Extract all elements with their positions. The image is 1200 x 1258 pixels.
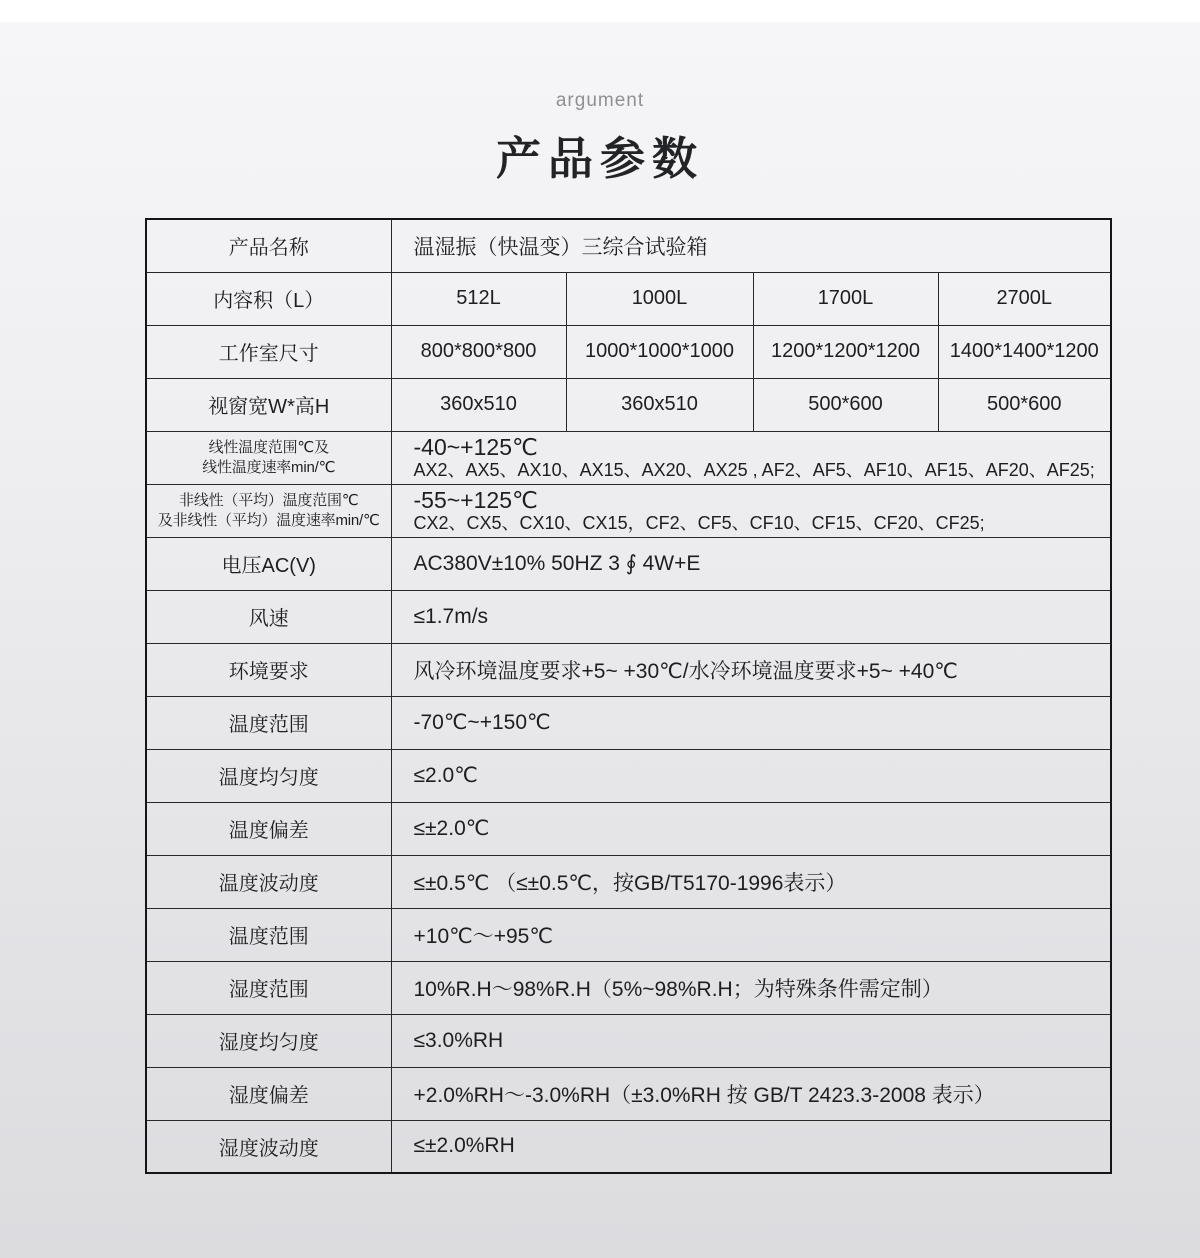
spec-cell: 1200*1200*1200 (753, 325, 938, 378)
table-row: 湿度波动度≤±2.0%RH (146, 1120, 1111, 1173)
spec-value: 温湿振（快温变）三综合试验箱 (391, 219, 1111, 272)
table-row: 环境要求风冷环境温度要求+5~ +30℃/水冷环境温度要求+5~ +40℃ (146, 643, 1111, 696)
row-label: 湿度偏差 (146, 1067, 391, 1120)
spec-value: ≤1.7m/s (391, 590, 1111, 643)
table-row: 风速≤1.7m/s (146, 590, 1111, 643)
row-label-line: 线性温度范围℃及 (151, 438, 387, 458)
row-label: 湿度均匀度 (146, 1014, 391, 1067)
spec-cell: 500*600 (753, 378, 938, 431)
spec-value-line: AX2、AX5、AX10、AX15、AX20、AX25 , AF2、AF5、AF… (414, 460, 1110, 481)
spec-value: -40~+125℃AX2、AX5、AX10、AX15、AX20、AX25 , A… (391, 431, 1111, 484)
table-row: 温度偏差≤±2.0℃ (146, 802, 1111, 855)
spec-value: +10℃～+95℃ (391, 908, 1111, 961)
table-row: 工作室尺寸800*800*8001000*1000*10001200*1200*… (146, 325, 1111, 378)
table-row: 温度均匀度≤2.0℃ (146, 749, 1111, 802)
row-label: 温度均匀度 (146, 749, 391, 802)
table-row: 湿度偏差+2.0%RH～-3.0%RH（±3.0%RH 按 GB/T 2423.… (146, 1067, 1111, 1120)
table-row: 温度波动度≤±0.5℃ （≤±0.5℃，按GB/T5170-1996表示） (146, 855, 1111, 908)
spec-value: 10%R.H～98%R.H（5%~98%R.H；为特殊条件需定制） (391, 961, 1111, 1014)
row-label: 内容积（L） (146, 272, 391, 325)
spec-cell: 2700L (938, 272, 1111, 325)
spec-value: 风冷环境温度要求+5~ +30℃/水冷环境温度要求+5~ +40℃ (391, 643, 1111, 696)
spec-value: -70℃~+150℃ (391, 696, 1111, 749)
spec-value: ≤±0.5℃ （≤±0.5℃，按GB/T5170-1996表示） (391, 855, 1111, 908)
spec-value-line: -55~+125℃ (414, 487, 1110, 513)
spec-cell: 500*600 (938, 378, 1111, 431)
table-row: 电压AC(V)AC380V±10% 50HZ 3 ∮ 4W+E (146, 537, 1111, 590)
spec-value: -55~+125℃CX2、CX5、CX10、CX15，CF2、CF5、CF10、… (391, 484, 1111, 537)
row-label: 湿度波动度 (146, 1120, 391, 1173)
spec-value: AC380V±10% 50HZ 3 ∮ 4W+E (391, 537, 1111, 590)
table-row: 温度范围-70℃~+150℃ (146, 696, 1111, 749)
table-row: 湿度范围10%R.H～98%R.H（5%~98%R.H；为特殊条件需定制） (146, 961, 1111, 1014)
row-label: 环境要求 (146, 643, 391, 696)
table-row: 线性温度范围℃及线性温度速率min/℃-40~+125℃AX2、AX5、AX10… (146, 431, 1111, 484)
page-title: 产品参数 (0, 122, 1200, 187)
row-label: 产品名称 (146, 219, 391, 272)
row-label-line: 非线性（平均）温度范围℃ (151, 491, 387, 511)
row-label: 线性温度范围℃及线性温度速率min/℃ (146, 431, 391, 484)
row-label-line: 线性温度速率min/℃ (151, 458, 387, 478)
row-label: 非线性（平均）温度范围℃及非线性（平均）温度速率min/℃ (146, 484, 391, 537)
table-row: 内容积（L）512L1000L1700L2700L (146, 272, 1111, 325)
spec-cell: 360x510 (566, 378, 753, 431)
spec-cell: 512L (391, 272, 566, 325)
table-row: 非线性（平均）温度范围℃及非线性（平均）温度速率min/℃-55~+125℃CX… (146, 484, 1111, 537)
section-eyebrow: argument (0, 90, 1200, 112)
row-label: 视窗宽W*高H (146, 378, 391, 431)
spec-value: ≤±2.0℃ (391, 802, 1111, 855)
spec-value-line: -40~+125℃ (414, 434, 1110, 460)
spec-value: +2.0%RH～-3.0%RH（±3.0%RH 按 GB/T 2423.3-20… (391, 1067, 1111, 1120)
table-row: 温度范围+10℃～+95℃ (146, 908, 1111, 961)
row-label: 工作室尺寸 (146, 325, 391, 378)
row-label: 电压AC(V) (146, 537, 391, 590)
spec-cell: 1000L (566, 272, 753, 325)
table-row: 湿度均匀度≤3.0%RH (146, 1014, 1111, 1067)
spec-cell: 1400*1400*1200 (938, 325, 1111, 378)
row-label: 温度范围 (146, 696, 391, 749)
spec-cell: 1000*1000*1000 (566, 325, 753, 378)
spec-value-line: CX2、CX5、CX10、CX15，CF2、CF5、CF10、CF15、CF20… (414, 513, 1110, 534)
row-label: 风速 (146, 590, 391, 643)
spec-value: ≤2.0℃ (391, 749, 1111, 802)
row-label: 温度波动度 (146, 855, 391, 908)
table-row: 视窗宽W*高H360x510360x510500*600500*600 (146, 378, 1111, 431)
spec-cell: 1700L (753, 272, 938, 325)
row-label: 温度范围 (146, 908, 391, 961)
row-label: 温度偏差 (146, 802, 391, 855)
product-spec-table: 产品名称温湿振（快温变）三综合试验箱内容积（L）512L1000L1700L27… (145, 218, 1112, 1174)
table-row: 产品名称温湿振（快温变）三综合试验箱 (146, 219, 1111, 272)
spec-value: ≤3.0%RH (391, 1014, 1111, 1067)
row-label: 湿度范围 (146, 961, 391, 1014)
spec-value: ≤±2.0%RH (391, 1120, 1111, 1173)
spec-cell: 800*800*800 (391, 325, 566, 378)
spec-cell: 360x510 (391, 378, 566, 431)
row-label-line: 及非线性（平均）温度速率min/℃ (151, 511, 387, 531)
